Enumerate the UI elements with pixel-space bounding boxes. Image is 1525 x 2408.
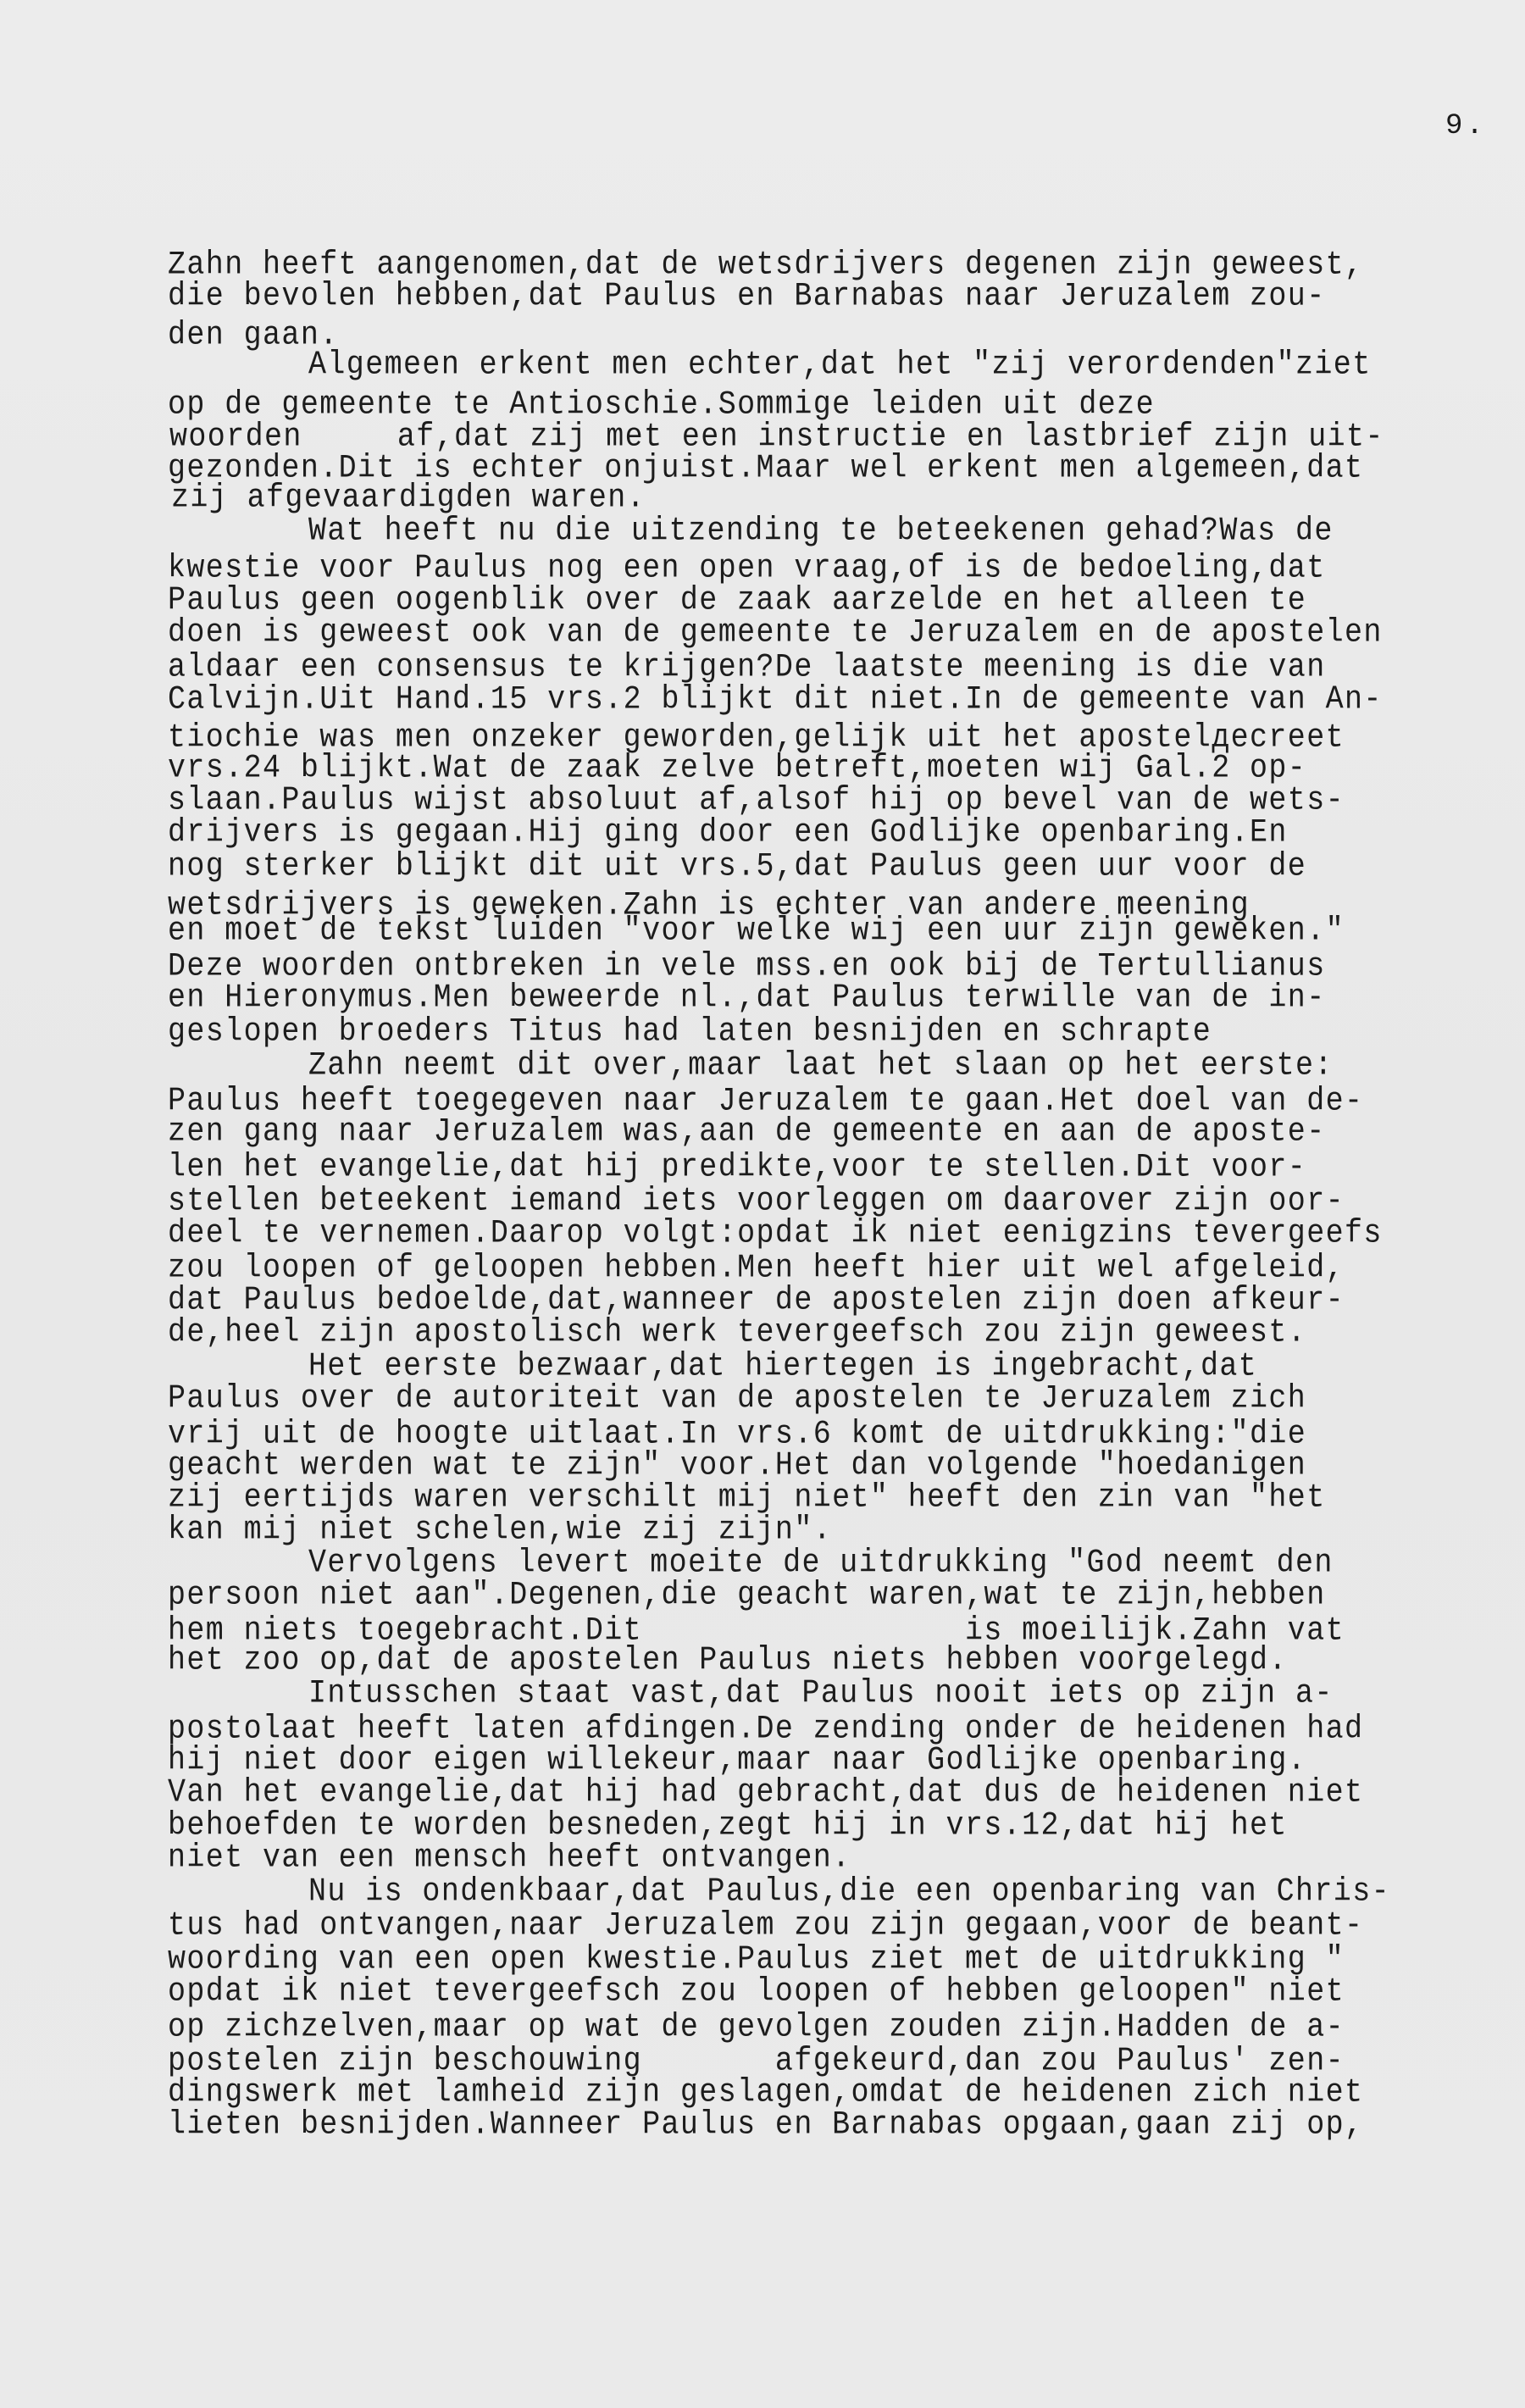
text-line: Paulus over de autoriteit van de apostel… <box>168 1379 1306 1418</box>
text-line: zen gang naar Jeruzalem was,aan de gemee… <box>168 1112 1326 1151</box>
text-line: niet van een mensch heeft ontvangen. <box>168 1839 851 1877</box>
text-line: die bevolen hebben,dat Paulus en Barnaba… <box>168 277 1326 315</box>
text-line: len het evangelie,dat hij predikte,voor … <box>168 1148 1306 1186</box>
text-line: nog sterker blijkt dit uit vrs.5,dat Pau… <box>168 847 1306 885</box>
typewritten-page: 9. Zahn heeft aangenomen,dat de wetsdrij… <box>0 0 1525 2408</box>
document-body: Zahn heeft aangenomen,dat de wetsdrijver… <box>0 0 1525 2408</box>
text-line: op zichzelven,maar op wat de gevolgen zo… <box>168 2008 1345 2046</box>
text-line: Zahn neemt dit over,maar laat het slaan … <box>308 1046 1334 1085</box>
text-line: doen is geweest ook van de gemeente te J… <box>168 613 1383 652</box>
text-line: persoon niet aan".Degenen,die geacht war… <box>168 1576 1326 1614</box>
text-line: drijvers is gegaan.Hij ging door een God… <box>168 813 1288 852</box>
text-line: Calvijn.Uit Hand.15 vrs.2 blijkt dit nie… <box>168 680 1383 719</box>
text-line: en Hieronymus.Men beweerde nl.,dat Paulu… <box>168 979 1326 1017</box>
text-line: Intusschen staat vast,dat Paulus nooit i… <box>308 1674 1334 1712</box>
text-line: de,heel zijn apostolisch werk tevergeefs… <box>168 1313 1306 1351</box>
text-line: en moet de tekst luiden "voor welke wij … <box>168 912 1345 950</box>
text-line: deel te vernemen.Daarop volgt:opdat ik n… <box>168 1214 1383 1252</box>
text-line: tus had ontvangen,naar Jeruzalem zou zij… <box>168 1906 1363 1945</box>
text-line: Algemeen erkent men echter,dat het "zij … <box>308 346 1372 384</box>
text-line: lieten besnijden.Wanneer Paulus en Barna… <box>168 2106 1363 2144</box>
text-line: Wat heeft nu die uitzending te beteekene… <box>308 512 1334 550</box>
text-line: opdat ik niet tevergeefsch zou loopen of… <box>168 1972 1345 2011</box>
text-line: Nu is ondenkbaar,dat Paulus,die een open… <box>308 1873 1390 1911</box>
text-line: geslopen broeders Titus had laten besnij… <box>168 1013 1212 1051</box>
